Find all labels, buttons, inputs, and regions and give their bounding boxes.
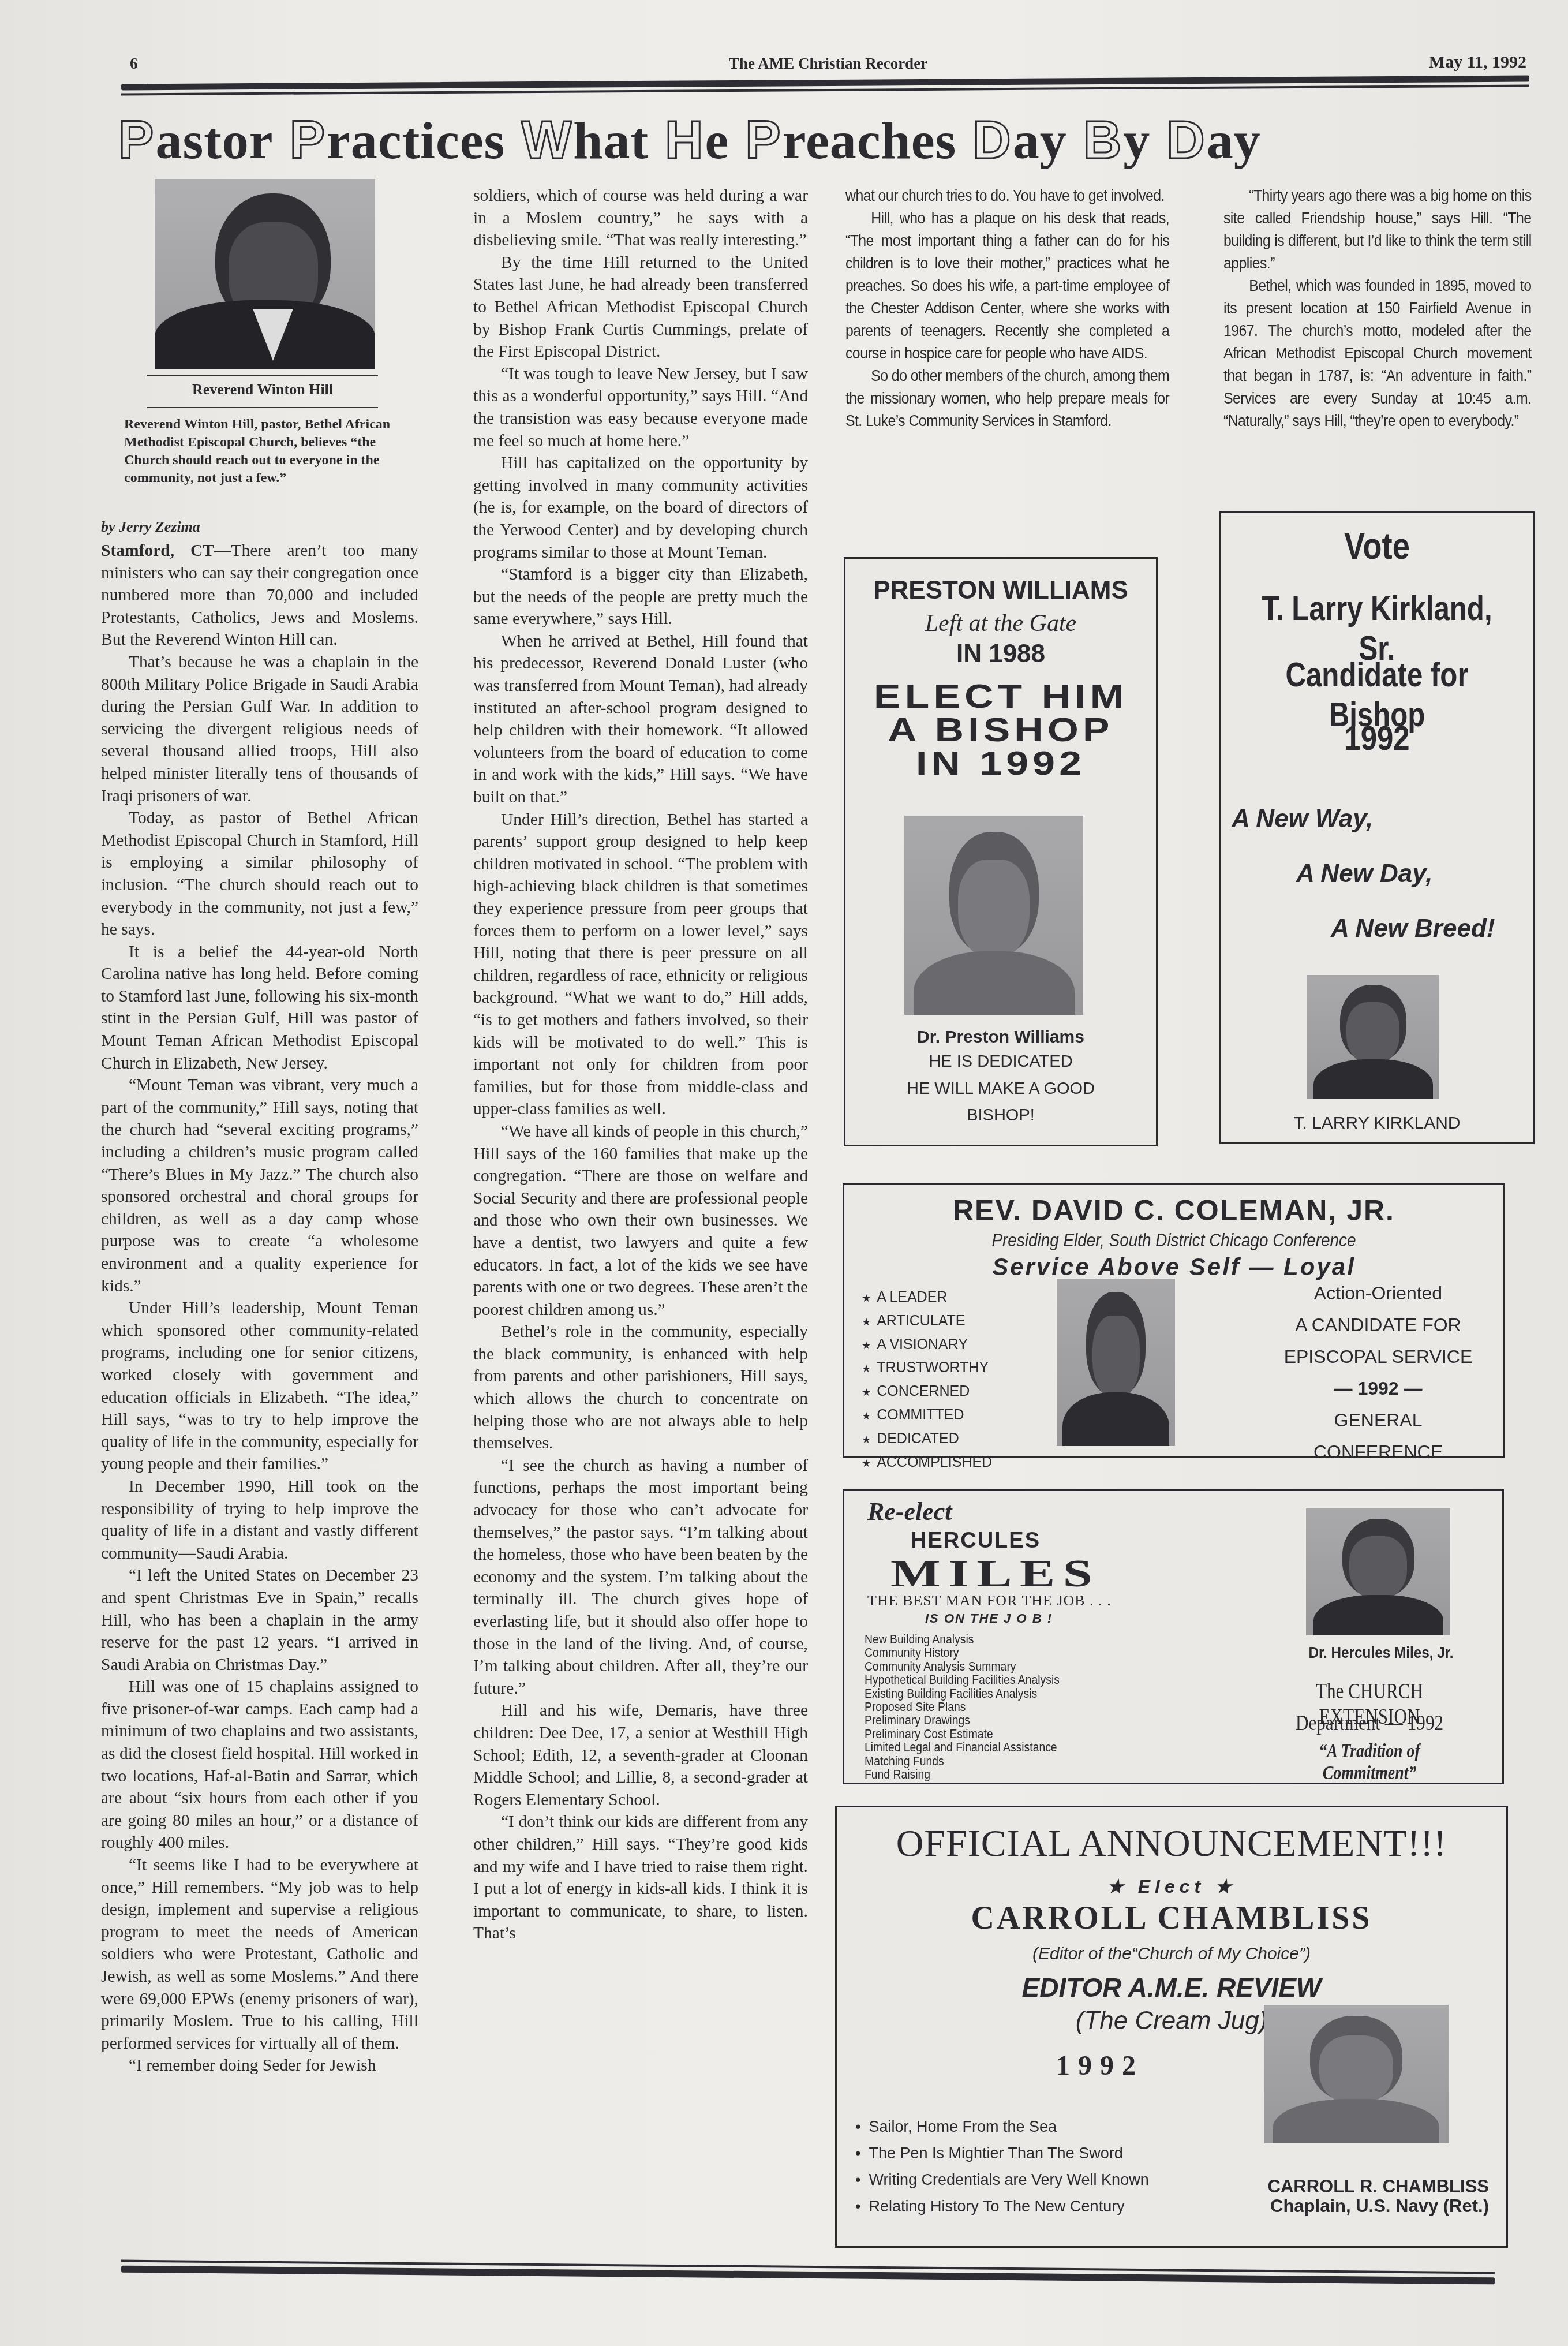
credentials-list: Sailor, Home From the Sea The Pen Is Mig… — [855, 2113, 1149, 2220]
article-paragraph: That’s because he was a chaplain in the … — [101, 651, 418, 807]
credential-item: Relating History To The New Century — [855, 2193, 1149, 2220]
candidate-first-name: HERCULES — [911, 1529, 1041, 1553]
article-paragraph: When he arrived at Bethel, Hill found th… — [473, 630, 808, 809]
service-item: Proposed Site Plans — [865, 1700, 1060, 1713]
photo-label: T. LARRY KIRKLAND — [1221, 1114, 1533, 1133]
article-paragraph: So do other members of the church, among… — [845, 365, 1169, 432]
ad-slogan: A BISHOP — [814, 713, 1187, 747]
article-paragraph: Under Hill’s direction, Bethel has start… — [473, 809, 808, 1120]
trait-item: COMMITTED — [862, 1404, 992, 1428]
photo-caption: Reverend Winton Hill, pastor, Bethel Afr… — [124, 416, 401, 487]
ad-heading: PRESTON WILLIAMS — [845, 576, 1156, 605]
ad-subheading: (Editor of the“Church of My Choice”) — [837, 1944, 1506, 1964]
dateline: Stamford, CT — [101, 541, 214, 560]
byline: by Jerry Zezima — [101, 518, 200, 536]
ad-subheading: Left at the Gate — [845, 610, 1156, 637]
service-item: Fund Raising — [865, 1768, 1060, 1781]
article-paragraph: what our church tries to do. You have to… — [845, 185, 1169, 207]
ad-coleman: REV. DAVID C. COLEMAN, JR. Presiding Eld… — [843, 1183, 1505, 1458]
ad-tagline: HE IS DEDICATED — [845, 1052, 1156, 1071]
article-paragraph: Stamford, CT—There aren’t too many minis… — [101, 540, 418, 651]
article-paragraph: It is a belief the 44-year-old North Car… — [101, 941, 418, 1075]
service-item: Community History — [865, 1646, 1060, 1659]
article-column-2: soldiers, which of course was held durin… — [473, 185, 808, 1945]
service-item: Matching Funds — [865, 1754, 1060, 1768]
running-header: 6 The AME Christian Recorder May 11, 199… — [130, 55, 1526, 78]
ad-line: GENERAL — [1263, 1404, 1494, 1436]
service-item: Existing Building Facilities Analysis — [865, 1687, 1060, 1700]
ad-slogan: IN 1992 — [814, 747, 1187, 780]
credential-item: The Pen Is Mightier Than The Sword — [855, 2140, 1149, 2166]
kirkland-photo — [1307, 975, 1439, 1099]
photo-label: Dr. Preston Williams — [845, 1028, 1156, 1047]
ad-subheading: ★ Elect ★ — [837, 1876, 1506, 1897]
ad-heading: Re-elect — [867, 1497, 952, 1526]
trait-item: A VISIONARY — [862, 1333, 992, 1357]
chambliss-photo — [1264, 2005, 1449, 2143]
ad-year: 1992 — [1056, 2050, 1144, 2082]
ad-line: Action-Oriented — [1263, 1277, 1494, 1309]
service-item: Preliminary Cost Estimate — [865, 1727, 1060, 1740]
ad-slogan: A New Breed! — [1331, 914, 1495, 943]
traits-list: A LEADER ARTICULATE A VISIONARY TRUSTWOR… — [862, 1286, 992, 1474]
photo-name-label: Reverend Winton Hill — [147, 381, 378, 398]
article-paragraph: Under Hill’s leadership, Mount Teman whi… — [101, 1297, 418, 1475]
trait-item: DEDICATED — [862, 1428, 992, 1451]
ad-preston-williams: PRESTON WILLIAMS Left at the Gate IN 198… — [844, 557, 1158, 1146]
ad-kirkland: Vote T. Larry Kirkland, Sr. Candidate fo… — [1219, 511, 1535, 1144]
ad-heading: OFFICIAL ANNOUNCEMENT!!! — [837, 1822, 1506, 1866]
service-item: New Building Analysis — [865, 1633, 1060, 1646]
ad-motto: Service Above Self — Loyal — [844, 1253, 1503, 1281]
ad-tagline: BISHOP! — [845, 1106, 1156, 1125]
ad-line: EPISCOPAL SERVICE — [1263, 1341, 1494, 1373]
article-paragraph: “Thirty years ago there was a big home o… — [1223, 185, 1532, 275]
article-paragraph: “I left the United States on December 23… — [101, 1564, 418, 1676]
service-item: Community Analysis Summary — [865, 1660, 1060, 1673]
trait-item: ACCOMPLISHED — [862, 1451, 992, 1475]
ad-line: A CANDIDATE FOR — [1263, 1309, 1494, 1341]
article-column-3: what our church tries to do. You have to… — [845, 185, 1169, 432]
article-paragraph: Hill, who has a plaque on his desk that … — [845, 207, 1169, 365]
ad-motto: “A Tradition of Commitment” — [1270, 1740, 1469, 1784]
ad-position: EDITOR A.M.E. REVIEW — [837, 1972, 1506, 2003]
candidate-last-name: MILES — [890, 1551, 1100, 1596]
article-headline: PastorPracticesWhatHePreachesDayByDay — [118, 110, 1492, 173]
trait-item: A LEADER — [862, 1286, 992, 1310]
ad-subheading: Presiding Elder, South District Chicago … — [877, 1230, 1470, 1251]
article-paragraph: Hill and his wife, Demaris, have three c… — [473, 1699, 808, 1811]
coleman-photo — [1057, 1279, 1175, 1446]
headline-word: Day — [1166, 110, 1260, 171]
candidate-name: REV. DAVID C. COLEMAN, JR. — [844, 1194, 1503, 1227]
ad-tagline: HE WILL MAKE A GOOD — [845, 1079, 1156, 1099]
trait-item: ARTICULATE — [862, 1310, 992, 1333]
article-paragraph: soldiers, which of course was held durin… — [473, 185, 808, 252]
article-paragraph: “It was tough to leave New Jersey, but I… — [473, 363, 808, 452]
article-paragraph: Hill has capitalized on the opportunity … — [473, 452, 808, 563]
ad-slogan: A New Day, — [1296, 860, 1432, 888]
article-paragraph: “Stamford is a bigger city than Elizabet… — [473, 563, 808, 630]
photo-label: Dr. Hercules Miles, Jr. — [1282, 1644, 1480, 1662]
trait-item: CONCERNED — [862, 1380, 992, 1404]
caption-rule — [147, 375, 378, 376]
headline-word: Preaches — [745, 110, 956, 171]
ad-tagline: THE BEST MAN FOR THE JOB . . . — [867, 1592, 1112, 1609]
article-paragraph: “I see the church as having a number of … — [473, 1455, 808, 1700]
header-rule — [121, 80, 1529, 92]
ad-year: 1992 — [1245, 718, 1510, 758]
ad-line: — 1992 — — [1263, 1373, 1494, 1404]
hill-portrait-photo — [155, 179, 375, 369]
headline-word: Day — [972, 110, 1066, 171]
department-year: Department — 1992 — [1270, 1710, 1469, 1736]
headline-word: Practices — [290, 110, 506, 171]
headline-word: Pastor — [118, 110, 274, 171]
services-list: New Building Analysis Community History … — [865, 1633, 1060, 1781]
ad-subheading: IN 1988 — [845, 640, 1156, 668]
article-paragraph: Hill was one of 15 chaplains assigned to… — [101, 1676, 418, 1854]
candidate-name: CARROLL CHAMBLISS — [837, 1900, 1506, 1937]
headline-word: He — [665, 110, 729, 171]
miles-photo — [1306, 1508, 1450, 1635]
ad-slogan: A New Way, — [1232, 805, 1373, 834]
service-item: Preliminary Drawings — [865, 1713, 1060, 1727]
article-paragraph: Today, as pastor of Bethel African Metho… — [101, 807, 418, 941]
article-paragraph: “I don’t think our kids are different fr… — [473, 1811, 808, 1945]
article-paragraph: Bethel, which was founded in 1895, moved… — [1223, 275, 1532, 432]
footer-rule — [121, 2266, 1495, 2283]
publication-title: The AME Christian Recorder — [130, 55, 1526, 73]
ad-line: CONFERENCE — [1263, 1436, 1494, 1468]
caption-rule — [147, 407, 378, 408]
photo-title: Chaplain, U.S. Navy (Ret.) — [1235, 2196, 1489, 2216]
preston-williams-photo — [904, 816, 1083, 1015]
article-paragraph: In December 1990, Hill took on the respo… — [101, 1475, 418, 1564]
photo-label: CARROLL R. CHAMBLISS Chaplain, U.S. Navy… — [1235, 2177, 1489, 2216]
photo-name: CARROLL R. CHAMBLISS — [1235, 2177, 1489, 2196]
credential-item: Sailor, Home From the Sea — [855, 2113, 1149, 2140]
article-paragraph: “We have all kinds of people in this chu… — [473, 1120, 808, 1321]
headline-word: What — [521, 110, 649, 171]
ad-carroll-chambliss: OFFICIAL ANNOUNCEMENT!!! ★ Elect ★ CARRO… — [835, 1806, 1508, 2248]
ad-tagline: IS ON THE J O B ! — [925, 1611, 1053, 1626]
article-paragraph: “Mount Teman was vibrant, very much a pa… — [101, 1074, 418, 1297]
newspaper-page: 6 The AME Christian Recorder May 11, 199… — [0, 0, 1568, 2346]
ad-hercules-miles: Re-elect HERCULES MILES THE BEST MAN FOR… — [843, 1489, 1504, 1784]
article-paragraph: “I remember doing Seder for Jewish — [101, 2054, 418, 2077]
article-column-4: “Thirty years ago there was a big home o… — [1223, 185, 1532, 432]
article-paragraph: “It seems like I had to be everywhere at… — [101, 1854, 418, 2054]
article-paragraph: Bethel’s role in the community, especial… — [473, 1321, 808, 1455]
service-item: Hypothetical Building Facilities Analysi… — [865, 1673, 1060, 1686]
headline-word: By — [1083, 110, 1150, 171]
ad-slogan: ELECT HIM — [814, 680, 1187, 713]
footer-rule-thick — [121, 2266, 1495, 2285]
article-column-1: Stamford, CT—There aren’t too many minis… — [101, 540, 418, 2077]
trait-item: TRUSTWORTHY — [862, 1357, 992, 1380]
article-paragraph: By the time Hill returned to the United … — [473, 252, 808, 363]
service-item: Limited Legal and Financial Assistance — [865, 1740, 1060, 1754]
issue-date: May 11, 1992 — [1429, 53, 1526, 72]
ad-right-text: Action-Oriented A CANDIDATE FOR EPISCOPA… — [1263, 1277, 1494, 1468]
ad-heading: Vote — [1245, 525, 1510, 567]
credential-item: Writing Credentials are Very Well Known — [855, 2166, 1149, 2193]
